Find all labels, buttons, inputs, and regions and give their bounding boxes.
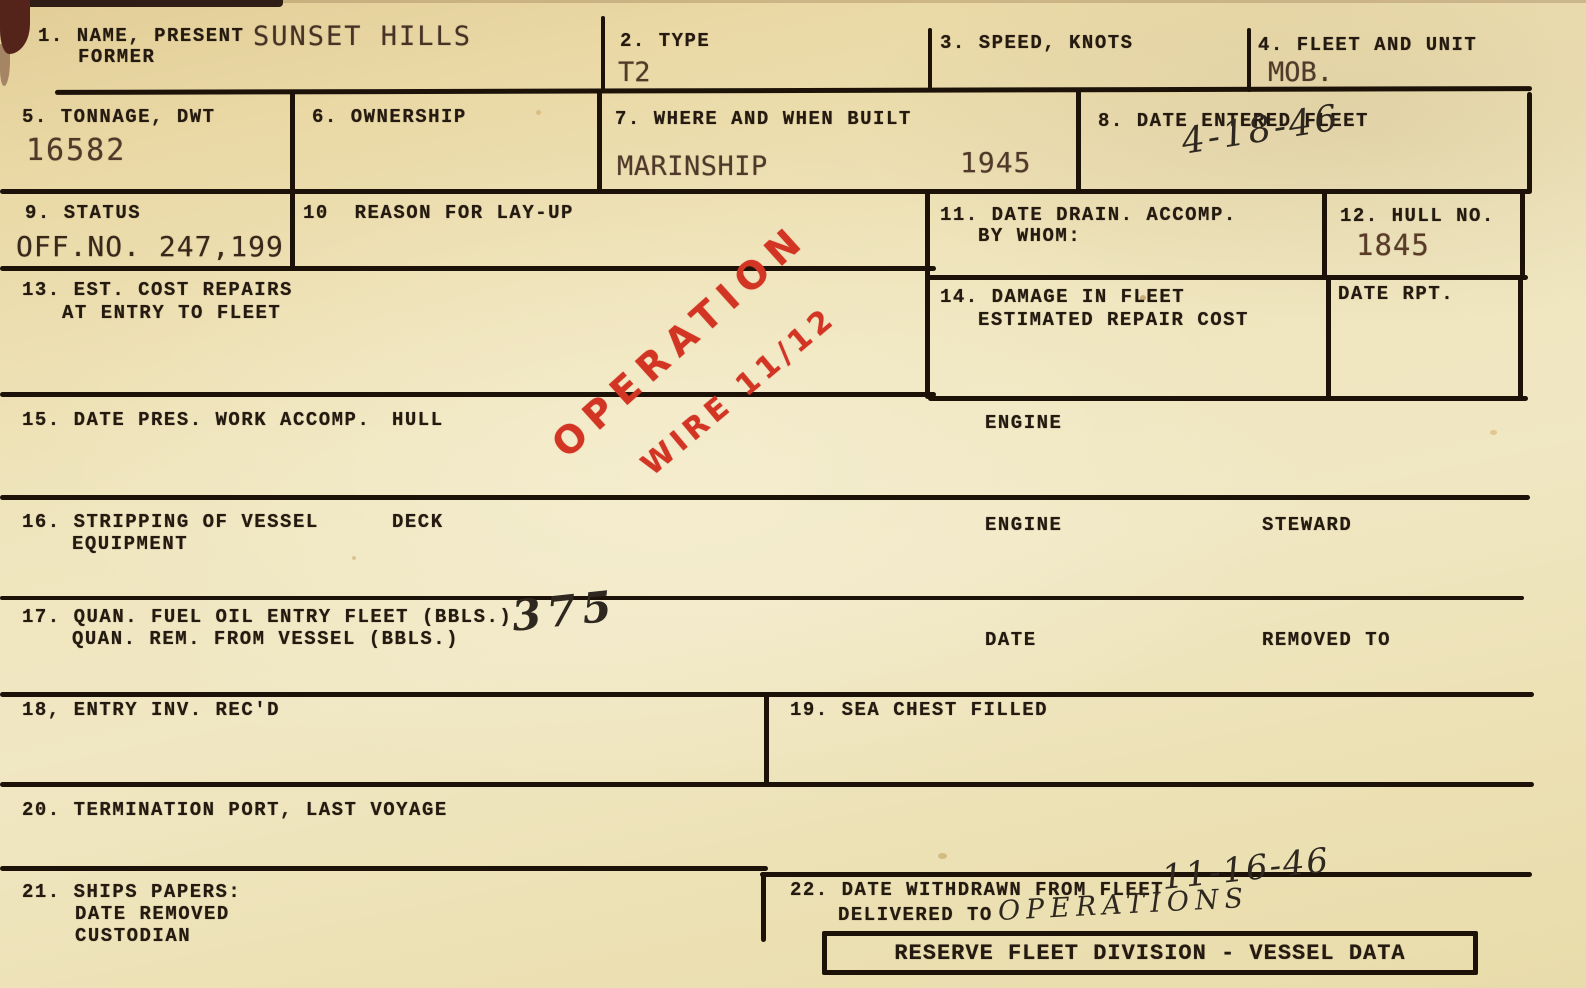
field-pres-work-label: 15. DATE PRES. WORK ACCOMP. — [22, 410, 370, 431]
field-stripping-steward-label: STEWARD — [1262, 515, 1352, 536]
grid-line-vertical — [1076, 90, 1081, 192]
field-entry-inv-label: 18, ENTRY INV. REC'D — [22, 700, 280, 721]
grid-line-horizontal — [0, 596, 1524, 600]
handwriting-fuel-bbls: 375 — [509, 581, 619, 641]
paper-speck — [536, 110, 541, 115]
grid-line-vertical — [1520, 192, 1525, 278]
field-ships-papers-label: 21. SHIPS PAPERS: — [22, 882, 241, 903]
scan-edge-strip-faint — [283, 0, 1586, 3]
field-name-former-label: FORMER — [78, 47, 155, 68]
field-stripping-engine-label: ENGINE — [985, 515, 1062, 536]
field-damage-label2: ESTIMATED REPAIR COST — [978, 310, 1249, 331]
value-year-built: 1945 — [960, 148, 1031, 178]
grid-line-horizontal — [0, 392, 936, 397]
grid-line-horizontal — [0, 189, 1532, 194]
value-vessel-name: SUNSET HILLS — [253, 22, 472, 52]
grid-line-vertical — [1247, 28, 1251, 92]
footer-title: RESERVE FLEET DIVISION - VESSEL DATA — [894, 941, 1405, 966]
field-stripping-label: 16. STRIPPING OF VESSEL — [22, 512, 319, 533]
grid-line-vertical — [597, 90, 602, 192]
value-builder: MARINSHIP — [617, 152, 768, 182]
grid-line-vertical — [290, 90, 295, 192]
field-est-cost-label: 13. EST. COST REPAIRS — [22, 280, 293, 301]
field-speed-label: 3. SPEED, KNOTS — [940, 33, 1134, 54]
handwriting-date-entered: 4-18-46 — [1179, 97, 1343, 163]
value-official-number: OFF.NO. 247,199 — [16, 232, 284, 262]
field-stripping-deck-label: DECK — [392, 512, 444, 533]
field-hull-no-label: 12. HULL NO. — [1340, 206, 1495, 227]
field-fuel-date-label: DATE — [985, 630, 1037, 651]
grid-line-vertical — [1326, 277, 1331, 399]
field-layup-label: 10 REASON FOR LAY-UP — [303, 203, 574, 224]
field-date-removed-label: DATE REMOVED — [75, 904, 230, 925]
field-date-rpt-label: DATE RPT. — [1338, 284, 1454, 305]
field-built-label: 7. WHERE AND WHEN BUILT — [615, 109, 912, 130]
field-sea-chest-label: 19. SEA CHEST FILLED — [790, 700, 1048, 721]
scan-corner-blob — [0, 44, 10, 86]
field-fuel-label: 17. QUAN. FUEL OIL ENTRY FLEET (BBLS.) — [22, 607, 512, 628]
field-drain-label: 11. DATE DRAIN. ACCOMP. — [940, 205, 1237, 226]
grid-line-horizontal — [0, 866, 768, 871]
footer-title-box: RESERVE FLEET DIVISION - VESSEL DATA — [822, 931, 1478, 975]
field-name-label: 1. NAME, PRESENT — [38, 26, 244, 47]
value-type: T2 — [618, 58, 651, 88]
field-delivered-to-label: DELIVERED TO — [838, 905, 993, 926]
field-est-cost-label2: AT ENTRY TO FLEET — [62, 303, 281, 324]
value-fleet-unit: MOB. — [1268, 58, 1333, 88]
field-status-label: 9. STATUS — [25, 203, 141, 224]
field-pres-work-engine-label: ENGINE — [985, 413, 1062, 434]
field-termination-label: 20. TERMINATION PORT, LAST VOYAGE — [22, 800, 448, 821]
value-hull-number: 1845 — [1356, 230, 1430, 260]
grid-line-vertical — [928, 28, 932, 92]
grid-line-horizontal — [928, 275, 1528, 280]
value-tonnage: 16582 — [26, 136, 126, 166]
grid-line-vertical — [925, 191, 930, 399]
grid-line-horizontal — [0, 495, 1530, 500]
grid-line-vertical — [290, 191, 295, 269]
grid-line-vertical — [601, 16, 605, 92]
field-drain-bywhom-label: BY WHOM: — [978, 226, 1081, 247]
grid-line-vertical — [764, 692, 769, 785]
grid-line-vertical — [1322, 191, 1327, 278]
grid-line-vertical — [1527, 92, 1532, 192]
field-stripping-label2: EQUIPMENT — [72, 534, 188, 555]
grid-line-vertical — [1518, 277, 1523, 399]
scan-edge-strip — [0, 0, 283, 7]
vessel-data-card: 1. NAME, PRESENT FORMER 2. TYPE 3. SPEED… — [0, 0, 1586, 988]
grid-line-horizontal — [928, 396, 1528, 401]
grid-line-horizontal — [760, 872, 1532, 877]
paper-speck — [938, 853, 947, 859]
field-fuel-label2: QUAN. REM. FROM VESSEL (BBLS.) — [72, 629, 459, 650]
field-ownership-label: 6. OWNERSHIP — [312, 107, 467, 128]
field-damage-label: 14. DAMAGE IN FLEET — [940, 287, 1185, 308]
field-fleet-unit-label: 4. FLEET AND UNIT — [1258, 35, 1477, 56]
field-type-label: 2. TYPE — [620, 31, 710, 52]
grid-line-vertical — [761, 874, 766, 942]
field-pres-work-hull-label: HULL — [392, 410, 444, 431]
paper-speck — [352, 556, 356, 560]
grid-line-horizontal — [0, 266, 936, 271]
field-fuel-removed-label: REMOVED TO — [1262, 630, 1391, 651]
field-tonnage-label: 5. TONNAGE, DWT — [22, 107, 216, 128]
field-custodian-label: CUSTODIAN — [75, 926, 191, 947]
paper-speck — [1490, 430, 1497, 435]
